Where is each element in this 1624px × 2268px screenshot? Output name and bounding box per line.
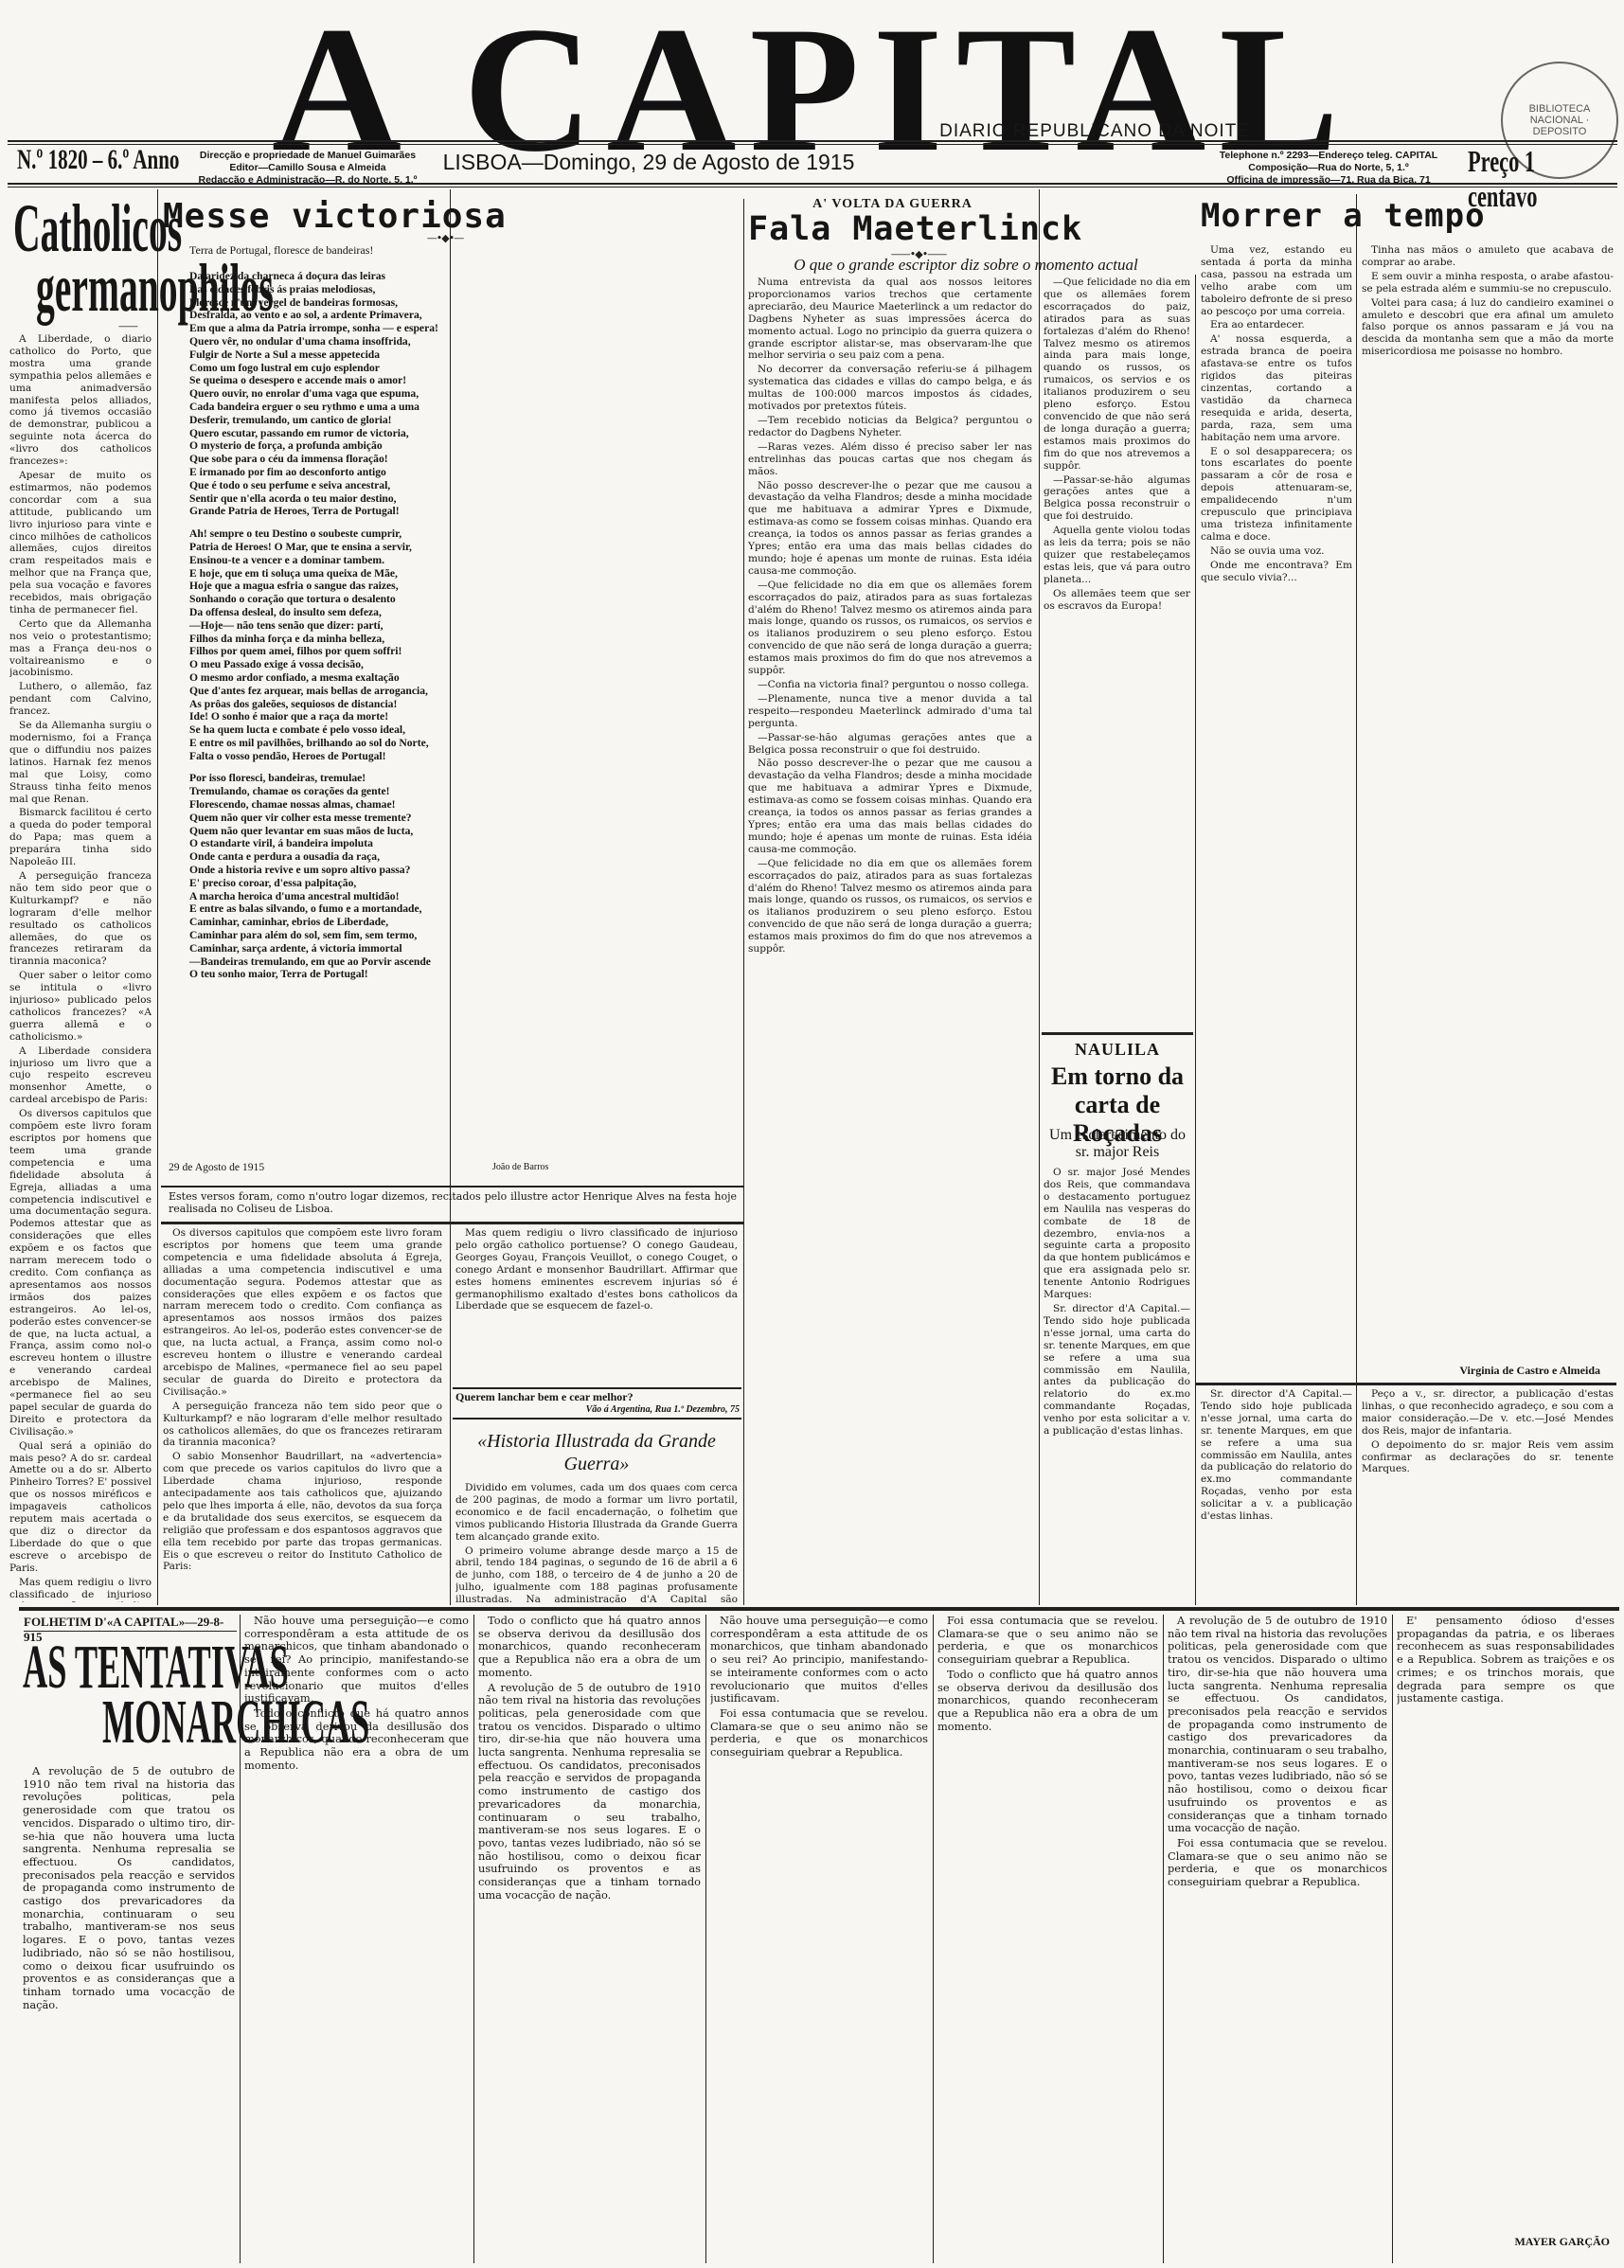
poem-line: O estandarte viril, á bandeira impoluta [189,837,587,850]
poem-line: Florescendo, chamae nossas almas, chamae… [189,798,587,812]
argentina-ad[interactable]: Querem lanchar bem e cear melhor? Vão á … [455,1390,740,1415]
paragraph: Dividido em volumes, cada um dos quaes c… [455,1482,738,1544]
poem-line: —Hoje— não tens senão que dizer: partí, [189,619,587,633]
paragraph: Foi essa contumacia que se revelou. Clam… [1168,1837,1387,1889]
paragraph: Voltei para casa; á luz do candieiro exa… [1362,297,1614,359]
paragraph: Numa entrevista da qual aos nossos leito… [748,277,1032,362]
column-divider [1356,194,1357,1605]
messe-title: Messe victoriosa [163,197,507,236]
paragraph: Uma vez, estando eu sentada á porta da m… [1201,244,1352,317]
poem-line: Como um fogo lustral em cujo esplendor [189,362,587,375]
poem-line: Ah! sempre o teu Destino o soubeste cump… [189,527,587,541]
paragraph: Se da Allemanha surgiu o modernismo, foi… [9,720,152,805]
paragraph: A perseguição franceza não tem sido peor… [9,870,152,968]
column-divider [240,1615,241,2263]
paragraph: O sr. major José Mendes dos Reis, que co… [1044,1167,1190,1301]
messe-date: 29 de Agosto de 1915 [169,1161,264,1174]
paragraph: Era ao entardecer. [1201,319,1352,331]
paragraph: Sr. director d'A Capital.—Tendo sido hoj… [1044,1303,1190,1438]
paragraph: —Que felicidade no dia em que os allemãe… [748,858,1032,955]
catholicos-continuation: Os diversos capitulos que compõem este l… [163,1227,442,1601]
naulila-body-1: O sr. major José Mendes dos Reis, que co… [1044,1167,1190,1602]
poem-line: Desferir, tremulando, um cantico de glor… [189,414,587,427]
ornament-rule: —•◆•— [398,232,492,244]
column-divider [157,189,158,1605]
poem-line: Quem não quer vir colher esta messe trem… [189,812,587,825]
folhetim-col-3: Todo o conflicto que há quatro annos se … [478,1615,701,2263]
stanza: Ah! sempre o teu Destino o soubeste cump… [189,527,587,762]
poem-line: Desfralda, ao vento e ao sol, a ardente … [189,309,587,322]
poem-line: E hoje, que em ti soluça uma queixa de M… [189,567,587,580]
historia-title: «Historia Illustrada da Grande Guerra» [455,1430,738,1475]
catholicos-continuation-2: Mas quem redigiu o livro classificado de… [455,1227,738,1360]
paragraph: A perseguição franceza não tem sido peor… [163,1401,442,1450]
paragraph: —Passar-se-hão algumas gerações antes qu… [748,732,1032,757]
paragraph: Apesar de muito os estimarmos, não podem… [9,470,152,616]
column-divider [473,1615,474,2263]
naulila-body-3: Peço a v., sr. director, a publicação d'… [1362,1388,1614,1604]
paragraph: Todo o conflicto que há quatro annos se … [478,1615,701,1680]
paragraph: E' pensamento ódioso d'esses propagandas… [1397,1615,1615,1705]
paragraph: A Liberdade considera injurioso um livro… [9,1045,152,1107]
poem-line: Caminhar, caminhar, ebrios de Liberdade, [189,916,587,929]
poem-line: Quero ouvir, no enrolar d'uma vaga que e… [189,387,587,401]
morrer-body-2: Tinha nas mãos o amuleto que acabava de … [1362,244,1614,1286]
poem-line: O mesmo ardor confiado, a mesma exaltaçã… [189,671,587,685]
paragraph: Os diversos capitulos que compõem este l… [9,1108,152,1438]
naulila-kicker: NAULILA [1042,1040,1193,1060]
paragraph: —Confia na victoria final? perguntou o n… [748,679,1032,691]
contacts-info: Telephone n.º 2293—Endereço teleg. CAPIT… [1201,150,1456,187]
section-rule [453,1387,741,1389]
top-rule [8,140,1617,145]
poem-line: Da aridez da charneca á doçura das leira… [189,270,587,283]
paragraph: Mas quem redigiu o livro classificado de… [455,1227,738,1313]
paragraph: Foi essa contumacia que se revelou. Clam… [710,1707,928,1759]
folhetim-rule [19,1607,1619,1611]
paragraph: Os allemães teem que ser os escravos da … [1044,588,1190,613]
paragraph: O sabio Monsenhor Baudrillart, na «adver… [163,1451,442,1573]
poem-line: —Bandeiras tremulando, em que ao Porvir … [189,955,587,969]
folhetim-col-5: Foi essa contumacia que se revelou. Clam… [937,1615,1158,2263]
paragraph: Sr. director d'A Capital.—Tendo sido hoj… [1201,1388,1352,1523]
maeterlinck-body-2: —Que felicidade no dia em que os allemãe… [1044,277,1190,1015]
paragraph: Certo que da Allemanha nos veio o protes… [9,618,152,680]
paragraph: O depoimento do sr. major Reis vem assim… [1362,1439,1614,1476]
paragraph: Todo o conflicto que há quatro annos se … [937,1669,1158,1734]
paragraph: Não posso descrever-lhe o pezar que me c… [748,480,1032,578]
paragraph: A revolução de 5 de outubro de 1910 não … [1168,1615,1387,1835]
issue-number: N.º 1820 – 6.º Anno [17,144,179,176]
poem-line: Que d'antes fez arquear, mais bellas de … [189,685,587,698]
maeterlinck-body-1: Numa entrevista da qual aos nossos leito… [748,277,1032,1602]
section-rule [1195,1383,1616,1385]
stanza: Por isso floresci, bandeiras, tremulae!T… [189,772,587,981]
paragraph: Qual será a opinião do mais peso? A do s… [9,1440,152,1575]
maeterlinck-title: Fala Maeterlinck [748,210,1184,248]
paragraph: Aquella gente violou todas as leis da te… [1044,525,1190,586]
messe-note: Estes versos foram, como n'outro logar d… [169,1191,737,1216]
morrer-author: Virginia de Castro e Almeida [1364,1364,1600,1378]
paragraph: —Que felicidade no dia em que os allemãe… [1044,277,1190,473]
paragraph: Não houve uma perseguição—e como corresp… [710,1615,928,1705]
paragraph: No decorrer da conversação referiu-se á … [748,364,1032,413]
column-divider [1163,1615,1164,2263]
folhetim-author: MAYER GARÇÃO [1397,2235,1610,2249]
stamp-text: BIBLIOTECA NACIONAL · DEPOSITO [1503,103,1616,137]
composicao-line: Composição—Rua do Norte, 5, 1.º [1201,162,1456,174]
poem-line: Ensinou-te a vencer e a dominar tambem. [189,554,587,567]
paragraph: —Raras vezes. Além disso é preciso saber… [748,441,1032,478]
paragraph: Os diversos capitulos que compõem este l… [163,1227,442,1399]
column-divider [743,199,744,1605]
poem-line: Filhos da minha força e da minha belleza… [189,633,587,646]
messe-author: João de Barros [492,1161,548,1174]
poem-line: Que sobe para o céu da immensa floração! [189,453,587,466]
paragraph: Bismarck facilitou é certo a queda do po… [9,807,152,868]
paragraph: Não houve uma perseguição—e como corresp… [244,1615,469,1705]
telephone-line: Telephone n.º 2293—Endereço teleg. CAPIT… [1201,150,1456,162]
masthead-subtitle: DIARIO REPUBLICANO DA NOITE [758,121,1250,142]
poem-line: Floresce n'um vergel de bandeiras formos… [189,296,587,310]
paragraph: Peço a v., sr. director, a publicação d'… [1362,1388,1614,1438]
column-divider [705,1615,706,2263]
paragraph: A Liberdade, o diario catholico do Porto… [9,333,152,468]
dateline: LISBOA—Domingo, 29 de Agosto de 1915 [407,150,890,175]
folhetim-col-7: E' pensamento ódioso d'esses propagandas… [1397,1615,1615,2202]
ad-text: Vão á Argentina, Rua 1.º Dezembro, 75 [455,1404,740,1415]
paragraph: Luthero, o allemão, faz pendant com Calv… [9,681,152,718]
paragraph: E sem ouvir a minha resposta, o arabe af… [1362,271,1614,295]
paragraph: —Tem recebido noticias da Belgica? pergu… [748,415,1032,439]
poem-line: E entre os mil pavilhões, brilhando ao s… [189,737,587,750]
section-rule [161,1222,743,1224]
poem-line: E entre as balas silvando, o fumo e a mo… [189,902,587,916]
paragraph: Não se ouvia uma voz. [1201,545,1352,558]
paragraph: Mas quem redigiu o livro classificado de… [9,1577,152,1602]
folhetim-col-1: A revolução de 5 de outubro de 1910 não … [23,1765,235,2262]
catholicos-body-1: A Liberdade, o diario catholico do Porto… [9,333,152,1602]
poem-line: Das cidades febris ás praias melodiosas, [189,283,587,296]
poem-line: Sentir que n'ella acorda o teu maior des… [189,492,587,506]
morrer-body-1: Uma vez, estando eu sentada á porta da m… [1201,244,1352,1305]
info-bottom-rule [8,183,1617,188]
paragraph: Todo o conflicto que há quatro annos se … [244,1707,469,1773]
poem-line: Filhos por quem amei, filhos por quem so… [189,645,587,658]
direction-line: Direcção e propriedade de Manuel Guimarã… [185,150,431,162]
poem-line: Quem não quer levantar em suas mãos de l… [189,825,587,838]
ad-title: Querem lanchar bem e cear melhor? [455,1390,740,1404]
naulila-subtitle: Um esclarecimento do sr. major Reis [1042,1127,1193,1161]
poem-line: Em que a alma da Patria irrompe, sonha —… [189,322,587,335]
poem-line: Se queima o desespero e accende mais o a… [189,374,587,387]
column-divider [1039,189,1040,1605]
section-rule [24,1631,237,1632]
poem-line: O mysterio de força, a profunda ambição [189,439,587,453]
poem-line: Cada bandeira erguer o seu rythmo e uma … [189,401,587,414]
poem-line: Onde a historia revive e um sopro altivo… [189,864,587,877]
naulila-body-2: Sr. director d'A Capital.—Tendo sido hoj… [1201,1388,1352,1604]
poem-line: Sonhando o coração que tortura o desalen… [189,593,587,606]
messe-poem: Da aridez da charneca á doçura das leira… [189,270,587,981]
poem-line: Se ha quem lucta e combate é pelo vosso … [189,723,587,737]
morrer-title: Morrer a tempo [1201,197,1486,235]
poem-line: Quero vêr, no ondular d'uma chama insoff… [189,335,587,348]
poem-line: Quero escutar, passando em rumor de vict… [189,427,587,440]
poem-line: Da offensa desleal, do insulto sem defez… [189,606,587,619]
paragraph: Tinha nas mãos o amuleto que acabava de … [1362,244,1614,269]
stanza: Da aridez da charneca á doçura das leira… [189,270,587,518]
poem-line: A marcha heroica d'uma ancestral multidã… [189,890,587,903]
poem-line: Ide! O sonho é maior que a raça da morte… [189,710,587,723]
maeterlinck-subtitle: O que o grande escriptor diz sobre o mom… [748,256,1184,275]
poem-line: E irmanado por fim ao desconforto antigo [189,466,587,479]
paragraph: Quer saber o leitor como se intitula o «… [9,970,152,1043]
poem-line: As prôas dos galeões, sequiosos de dista… [189,698,587,711]
folhetim-col-2: Não houve uma perseguição—e como corresp… [244,1615,469,2263]
masthead-title: A CAPITAL [0,0,1624,133]
ornament-rule: —— [104,320,152,332]
paragraph: Foi essa contumacia que se revelou. Clam… [937,1615,1158,1667]
poem-line: Grande Patria de Heroes, Terra de Portug… [189,505,587,518]
paragraph: —Plenamente, nunca tive a menor duvida a… [748,693,1032,730]
section-rule [161,1186,743,1188]
poem-line: E' preciso coroar, d'essa palpitação, [189,877,587,890]
editor-line: Editor—Camillo Sousa e Almeida [185,162,431,174]
poem-line: Caminhar, sarça ardente, á victoria immo… [189,942,587,955]
paragraph: —Passar-se-hão algumas gerações antes qu… [1044,474,1190,524]
paragraph: —Que felicidade no dia em que os allemãe… [748,580,1032,677]
poem-line: Patria de Heroes! O Mar, que te ensina a… [189,541,587,554]
historia-body: Dividido em volumes, cada um dos quaes c… [455,1482,738,1603]
paragraph: E o sol desapparecera; os tons escarlate… [1201,446,1352,544]
paragraph: Não posso descrever-lhe o pezar que me c… [748,758,1032,855]
poem-line: Tremulando, chamae os corações da gente! [189,785,587,798]
folhetim-col-6: A revolução de 5 de outubro de 1910 não … [1168,1615,1387,2263]
section-rule [453,1418,741,1420]
messe-epigraph: Terra de Portugal, floresce de bandeiras… [189,244,373,258]
paragraph: O primeiro volume abrange desde março a … [455,1545,738,1603]
poem-line: Onde canta e perdura a ousadia da raça, [189,850,587,864]
section-rule [1042,1032,1193,1035]
paragraph: A revolução de 5 de outubro de 1910 não … [23,1765,235,2011]
poem-line: Fulgir de Norte a Sul a messe appetecida [189,348,587,362]
poem-line: Falta o vosso pendão, Heroes de Portugal… [189,750,587,763]
column-divider [1392,1615,1393,2263]
poem-line: Hoje que a magua esfria o sangue das rai… [189,580,587,593]
paragraph: A' nossa esquerda, a estrada branca de p… [1201,333,1352,443]
poem-line: Caminhar para além do sol, sem fim, sem … [189,929,587,942]
poem-line: O teu sonho maior, Terra de Portugal! [189,968,587,981]
column-divider [1195,275,1196,1605]
folhetim-col-4: Não houve uma perseguição—e como corresp… [710,1615,928,2263]
paragraph: Onde me encontrava? Em que seculo vivia?… [1201,560,1352,584]
poem-line: Que é todo o seu perfume e seiva ancestr… [189,479,587,492]
poem-line: Por isso floresci, bandeiras, tremulae! [189,772,587,785]
poem-line: O meu Passado exige á vossa decisão, [189,658,587,671]
column-divider [933,1615,934,2263]
direction-info: Direcção e propriedade de Manuel Guimarã… [185,150,431,187]
paragraph: A revolução de 5 de outubro de 1910 não … [478,1682,701,1902]
